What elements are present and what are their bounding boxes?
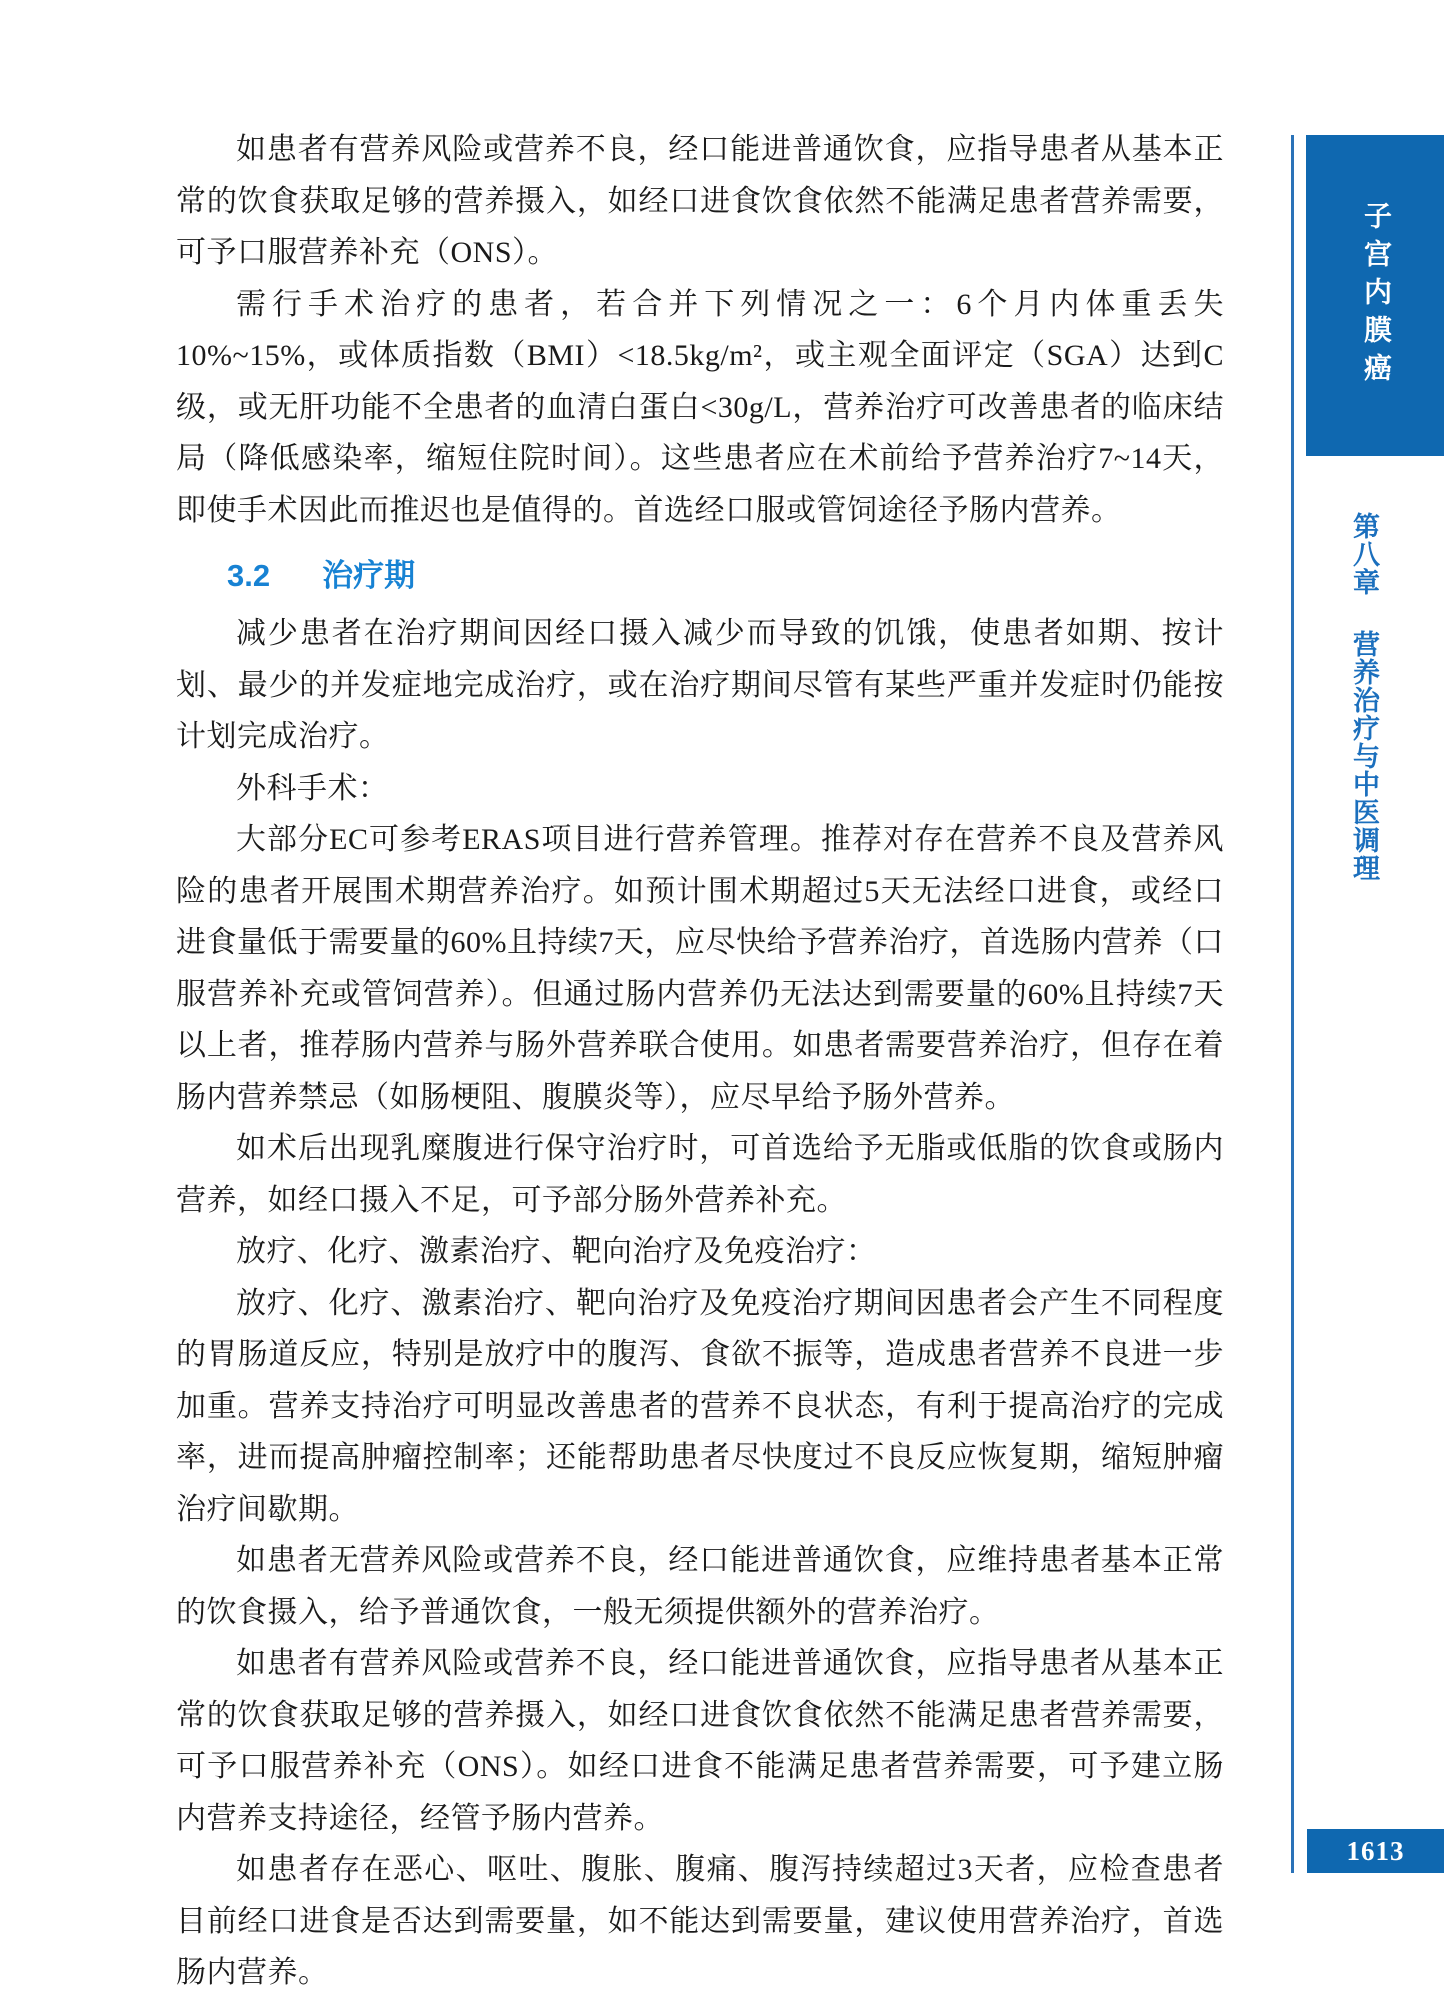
paragraph: 减少患者在治疗期间因经口摄入减少而导致的饥饿，使患者如期、按计划、最少的并发症地… [176,608,1224,763]
sidebar-divider-line [1291,135,1294,1873]
body-content: 如患者有营养风险或营养不良，经口能进普通饮食，应指导患者从基本正常的饮食获取足够… [176,124,1224,1999]
page-number: 1613 [1347,1836,1405,1867]
paragraph: 如患者有营养风险或营养不良，经口能进普通饮食，应指导患者从基本正常的饮食获取足够… [176,1638,1224,1844]
page-number-box: 1613 [1307,1829,1444,1873]
section-heading: 3.2治疗期 [176,550,1224,602]
section-tab-box: 子宫内膜癌 [1306,135,1444,456]
paragraph: 如患者存在恶心、呕吐、腹胀、腹痛、腹泻持续超过3天者，应检查患者目前经口进食是否… [176,1844,1224,1999]
chapter-vertical-label: 第八章 营养治疗与中医调理 [1344,512,1384,882]
section-title: 治疗期 [322,558,415,593]
paragraph: 放疗、化疗、激素治疗、靶向治疗及免疫治疗： [176,1226,1224,1278]
chapter-title: 营养治疗与中医调理 [1349,630,1379,882]
paragraph: 外科手术： [176,763,1224,815]
section-tab-label: 子宫内膜癌 [1355,201,1395,391]
chapter-number: 第八章 [1349,512,1379,596]
paragraph: 如患者无营养风险或营养不良，经口能进普通饮食，应维持患者基本正常的饮食摄入，给予… [176,1535,1224,1638]
paragraph: 如患者有营养风险或营养不良，经口能进普通饮食，应指导患者从基本正常的饮食获取足够… [176,124,1224,279]
section-number: 3.2 [227,558,270,593]
paragraph: 放疗、化疗、激素治疗、靶向治疗及免疫治疗期间因患者会产生不同程度的胃肠道反应，特… [176,1278,1224,1536]
book-page: 如患者有营养风险或营养不良，经口能进普通饮食，应指导患者从基本正常的饮食获取足够… [0,0,1444,2010]
paragraph: 大部分EC可参考ERAS项目进行营养管理。推荐对存在营养不良及营养风险的患者开展… [176,814,1224,1123]
paragraph: 如术后出现乳糜腹进行保守治疗时，可首选给予无脂或低脂的饮食或肠内营养，如经口摄入… [176,1123,1224,1226]
paragraph: 需行手术治疗的患者，若合并下列情况之一：6个月内体重丢失10%~15%，或体质指… [176,279,1224,537]
